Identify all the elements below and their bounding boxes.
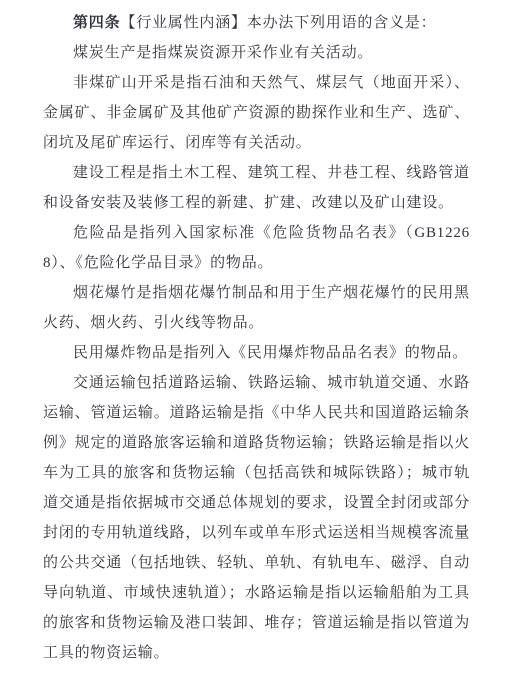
paragraph-fireworks: 烟花爆竹是指烟花爆竹制品和用于生产烟花爆竹的民用黑火药、烟火药、引火线等物品。 <box>43 278 470 338</box>
article-intro: 【行业属性内涵】本办法下列用语的含义是： <box>120 15 436 31</box>
paragraph-construction-engineering: 建设工程是指土木工程、建筑工程、井巷工程、线路管道和设备安装及装修工程的新建、扩… <box>43 158 470 218</box>
paragraph-coal-production: 煤炭生产是指煤炭资源开采作业有关活动。 <box>43 38 470 68</box>
paragraph-transportation: 交通运输包括道路运输、铁路运输、城市轨道交通、水路运输、管道运输。道路运输是指《… <box>43 368 470 668</box>
paragraph-non-coal-mining: 非煤矿山开采是指石油和天然气、煤层气（地面开采）、金属矿、非金属矿及其他矿产资源… <box>43 68 470 158</box>
paragraph-civil-explosives: 民用爆炸物品是指列入《民用爆炸物品品名表》的物品。 <box>43 338 470 368</box>
paragraph-article-heading: 第四条【行业属性内涵】本办法下列用语的含义是： <box>43 8 470 38</box>
article-number: 第四条 <box>73 15 120 31</box>
paragraph-dangerous-goods: 危险品是指列入国家标准《危险货物品名表》（GB12268）、《危险化学品目录》的… <box>43 218 470 278</box>
document-page: 第四条【行业属性内涵】本办法下列用语的含义是： 煤炭生产是指煤炭资源开采作业有关… <box>0 0 510 676</box>
